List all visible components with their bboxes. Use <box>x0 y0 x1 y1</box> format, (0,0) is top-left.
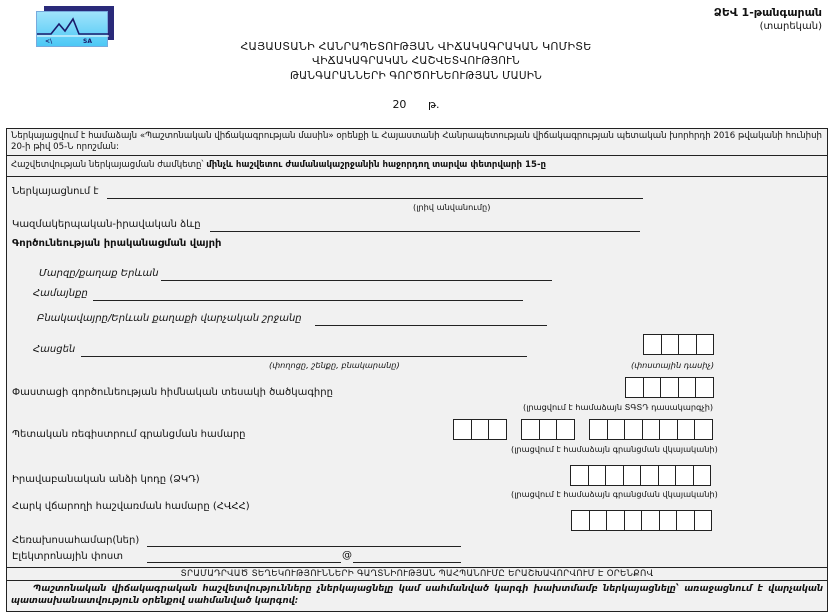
activity-code-hint: (լրացվում է համաձայն ՏԳՏԴ դասակարգչի) <box>523 402 713 412</box>
settlement-label: Բնակավայրը/Երևան քաղաքի վարչական շրջանը <box>37 313 302 324</box>
postal-code-hint: (փոստային դասիչ) <box>631 360 714 370</box>
digit-cell[interactable] <box>695 377 714 398</box>
digit-cell[interactable] <box>606 510 625 531</box>
digit-cell[interactable] <box>625 377 644 398</box>
digit-cell[interactable] <box>521 419 540 440</box>
liability-note-line2: պատասխանատվություն օրենքով սահմանված կար… <box>11 595 823 607</box>
digit-cell[interactable] <box>678 377 697 398</box>
legal-entity-code-hint: (լրացվում է համաձայն գրանցման վկայականի) <box>511 489 718 499</box>
digit-cell[interactable] <box>624 510 643 531</box>
region-label: Մարզը/քաղաք Երևան <box>39 268 159 279</box>
email-user-field[interactable] <box>147 562 341 563</box>
address-hint: (փողոցը, շենքը, բնակարանը) <box>269 360 400 370</box>
digit-cell[interactable] <box>693 465 712 486</box>
digit-cell[interactable] <box>623 465 642 486</box>
registry-number-hint: (լրացվում է համաձայն գրանցման վկայականի) <box>511 444 718 454</box>
digit-cell[interactable] <box>643 377 662 398</box>
address-field[interactable] <box>81 356 527 357</box>
legal-entity-code-cells[interactable] <box>570 465 711 486</box>
title-committee: ՀԱՅԱՍՏԱՆԻ ՀԱՆՐԱՊԵՏՈՒԹՅԱՆ ՎԻՃԱԿԱԳՐԱԿԱՆ ԿՈ… <box>0 39 832 54</box>
region-field[interactable] <box>161 280 552 281</box>
location-heading: Գործունեության իրականացման վայրի <box>12 238 221 249</box>
year-suffix: թ. <box>428 98 440 111</box>
liability-note: Պաշտոնական վիճակագրական հաշվետվություննե… <box>7 582 827 608</box>
postal-code-cells[interactable] <box>643 334 714 355</box>
deadline-value: մինչև հաշվետու ժամանակաշրջանին հաջորդող … <box>206 160 546 170</box>
form-code: ՁԵՎ 1-թանգարան <box>714 6 822 19</box>
digit-cell[interactable] <box>570 465 589 486</box>
legal-form-label: Կազմակերպական-իրավական ձևը <box>12 219 201 230</box>
tin-label: Հարկ վճարողի հաշվառման համարը (ՀՎՀՀ) <box>12 501 250 512</box>
digit-cell[interactable] <box>677 419 696 440</box>
digit-cell[interactable] <box>453 419 472 440</box>
registry-cells-group3[interactable] <box>589 419 713 440</box>
email-label: Էլեկտրոնային փոստ <box>12 551 123 562</box>
digit-cell[interactable] <box>640 465 659 486</box>
community-label: Համայնքը <box>33 288 88 299</box>
submitter-field[interactable] <box>107 198 643 199</box>
digit-cell[interactable] <box>589 419 608 440</box>
submitter-label: Ներկայացնում է <box>12 186 99 197</box>
digit-cell[interactable] <box>607 419 626 440</box>
digit-cell[interactable] <box>658 465 677 486</box>
legal-basis: Ներկայացվում է համաձայն «Պաշտոնական վիճա… <box>7 129 827 156</box>
legal-form-field[interactable] <box>210 231 640 232</box>
email-domain-field[interactable] <box>353 562 461 563</box>
tin-cells[interactable] <box>571 510 712 531</box>
address-label: Հասցեն <box>33 344 75 355</box>
digit-cell[interactable] <box>641 510 660 531</box>
legal-entity-code-label: Իրավաբանական անձի կոդը (ՁԿԴ) <box>12 474 200 485</box>
digit-cell[interactable] <box>696 334 715 355</box>
report-year: 20 թ. <box>0 98 832 111</box>
digit-cell[interactable] <box>694 419 713 440</box>
digit-cell[interactable] <box>676 510 695 531</box>
digit-cell[interactable] <box>488 419 507 440</box>
digit-cell[interactable] <box>678 334 697 355</box>
liability-note-line1: Պաշտոնական վիճակագրական հաշվետվություննե… <box>11 583 823 595</box>
year-prefix: 20 <box>392 98 406 111</box>
digit-cell[interactable] <box>659 419 678 440</box>
digit-cell[interactable] <box>605 465 624 486</box>
registry-cells-group2[interactable] <box>521 419 575 440</box>
phone-label: Հեռախոսահամար(ներ) <box>12 535 139 546</box>
form-code-block: ՁԵՎ 1-թանգարան (տարեկան) <box>714 6 822 32</box>
digit-cell[interactable] <box>556 419 575 440</box>
deadline-row: Հաշվետվության ներկայացման ժամկետը՝ մինչև… <box>7 157 827 177</box>
registry-cells-group1[interactable] <box>453 419 507 440</box>
digit-cell[interactable] <box>588 465 607 486</box>
digit-cell[interactable] <box>694 510 713 531</box>
settlement-field[interactable] <box>315 325 547 326</box>
digit-cell[interactable] <box>589 510 608 531</box>
phone-field[interactable] <box>147 546 461 547</box>
digit-cell[interactable] <box>675 465 694 486</box>
title-subject: ԹԱՆԳԱՐԱՆՆԵՐԻ ԳՈՐԾՈՒՆԵՈՒԹՅԱՆ ՄԱՍԻՆ <box>0 69 832 84</box>
activity-code-label: Փաստացի գործունեության հիմնական տեսակի ծ… <box>12 387 333 398</box>
digit-cell[interactable] <box>661 334 680 355</box>
deadline-label: Հաշվետվության ներկայացման ժամկետը՝ <box>11 160 203 170</box>
digit-cell[interactable] <box>571 510 590 531</box>
report-titles: ՀԱՅԱՍՏԱՆԻ ՀԱՆՐԱՊԵՏՈՒԹՅԱՆ ՎԻՃԱԿԱԳՐԱԿԱՆ ԿՈ… <box>0 39 832 84</box>
digit-cell[interactable] <box>642 419 661 440</box>
form-period: (տարեկան) <box>714 21 822 32</box>
confidentiality-notice: ՏՐԱՄԱԴՐՎԱԾ ՏԵՂԵԿՈՒԹՅՈՒՆՆԵՐԻ ԳԱՂՏՆԻՈՒԹՅԱՆ… <box>7 567 827 581</box>
title-report-type: ՎԻՃԱԿԱԳՐԱԿԱՆ ՀԱՇՎԵՏՎՈՒԹՅՈՒՆ <box>0 54 832 69</box>
community-field[interactable] <box>93 300 523 301</box>
report-form: Ներկայացվում է համաձայն «Պաշտոնական վիճա… <box>6 128 828 612</box>
activity-code-cells[interactable] <box>625 377 714 398</box>
submitter-hint: (լրիվ անվանումը) <box>413 202 490 212</box>
registry-number-label: Պետական ռեգիստրում գրանցման համարը <box>12 429 246 440</box>
digit-cell[interactable] <box>659 510 678 531</box>
digit-cell[interactable] <box>624 419 643 440</box>
digit-cell[interactable] <box>539 419 558 440</box>
digit-cell[interactable] <box>471 419 490 440</box>
digit-cell[interactable] <box>643 334 662 355</box>
digit-cell[interactable] <box>660 377 679 398</box>
email-at-sign: @ <box>342 550 352 561</box>
